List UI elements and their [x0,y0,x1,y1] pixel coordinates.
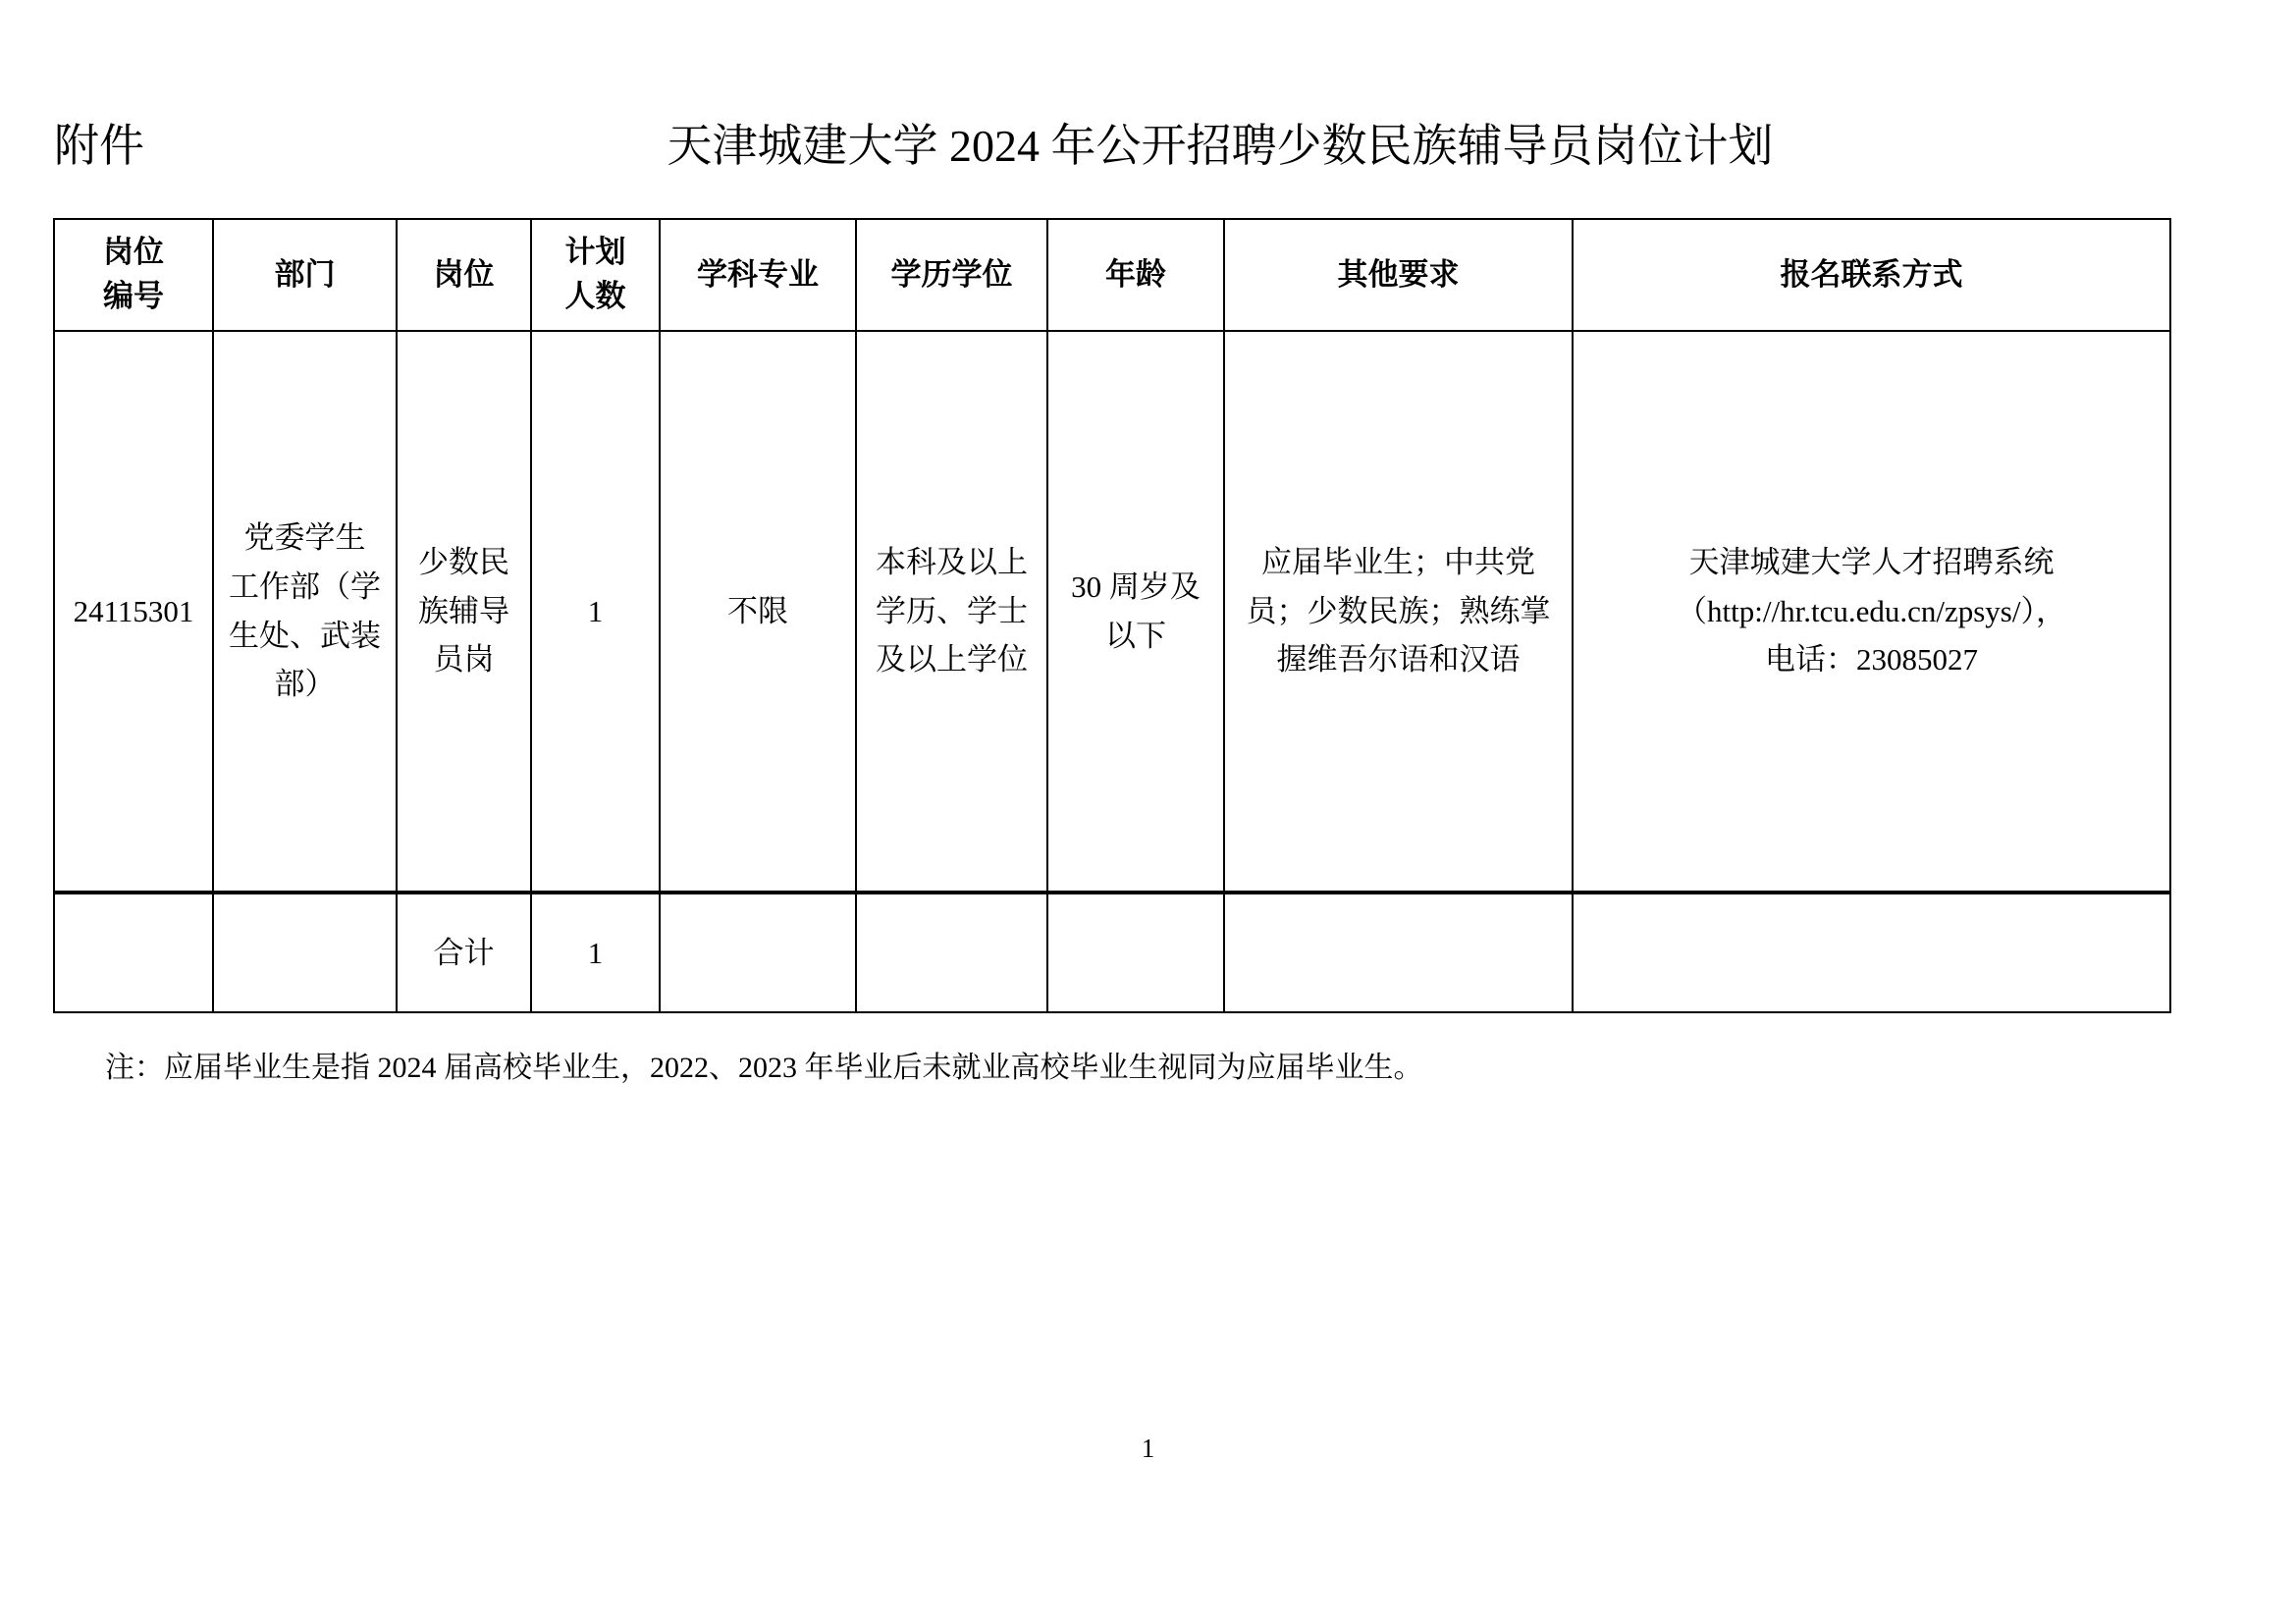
position-cell: 少数民 族辅导 员岗 [397,331,531,893]
total-count-cell: 1 [531,893,660,1012]
age-cell: 30 周岁及 以下 [1047,331,1224,893]
other-requirements-cell: 应届毕业生；中共党 员；少数民族；熟练掌 握维吾尔语和汉语 [1224,331,1573,893]
header-age: 年龄 [1047,219,1224,331]
header-planned-count: 计划 人数 [531,219,660,331]
document-header: 附件 天津城建大学 2024 年公开招聘少数民族辅导员岗位计划 [0,110,2296,175]
header-contact: 报名联系方式 [1573,219,2170,331]
header-job-id: 岗位 编号 [54,219,213,331]
table-total-row: 合计 1 [54,893,2170,1012]
header-major: 学科专业 [660,219,856,331]
planned-count-cell: 1 [531,331,660,893]
total-empty-major [660,893,856,1012]
page-number: 1 [0,1434,2296,1464]
total-label-cell: 合计 [397,893,531,1012]
title-wrap: 天津城建大学 2024 年公开招聘少数民族辅导员岗位计划 [144,110,2296,175]
total-empty-other [1224,893,1573,1012]
attachment-label: 附件 [54,110,144,175]
total-empty-degree [856,893,1047,1012]
table-row: 24115301 党委学生 工作部（学 生处、武装 部） 少数民 族辅导 员岗 … [54,331,2170,893]
major-cell: 不限 [660,331,856,893]
total-empty-age [1047,893,1224,1012]
job-id-cell: 24115301 [54,331,213,893]
header-department: 部门 [213,219,397,331]
header-other-requirements: 其他要求 [1224,219,1573,331]
degree-cell: 本科及以上 学历、学士 及以上学位 [856,331,1047,893]
table-header-row: 岗位 编号 部门 岗位 计划 人数 学科专业 学历学位 年龄 其他要求 报名联系… [54,219,2170,331]
contact-cell: 天津城建大学人才招聘系统 （http://hr.tcu.edu.cn/zpsys… [1573,331,2170,893]
header-position: 岗位 [397,219,531,331]
total-empty-job-id [54,893,213,1012]
footnote: 注：应届毕业生是指 2024 届高校毕业生，2022、2023 年毕业后未就业高… [105,1043,1423,1086]
header-degree: 学历学位 [856,219,1047,331]
recruitment-plan-table: 岗位 编号 部门 岗位 计划 人数 学科专业 学历学位 年龄 其他要求 报名联系… [53,218,2171,1013]
department-cell: 党委学生 工作部（学 生处、武装 部） [213,331,397,893]
total-empty-department [213,893,397,1012]
page-title: 天津城建大学 2024 年公开招聘少数民族辅导员岗位计划 [667,121,1774,171]
total-empty-contact [1573,893,2170,1012]
